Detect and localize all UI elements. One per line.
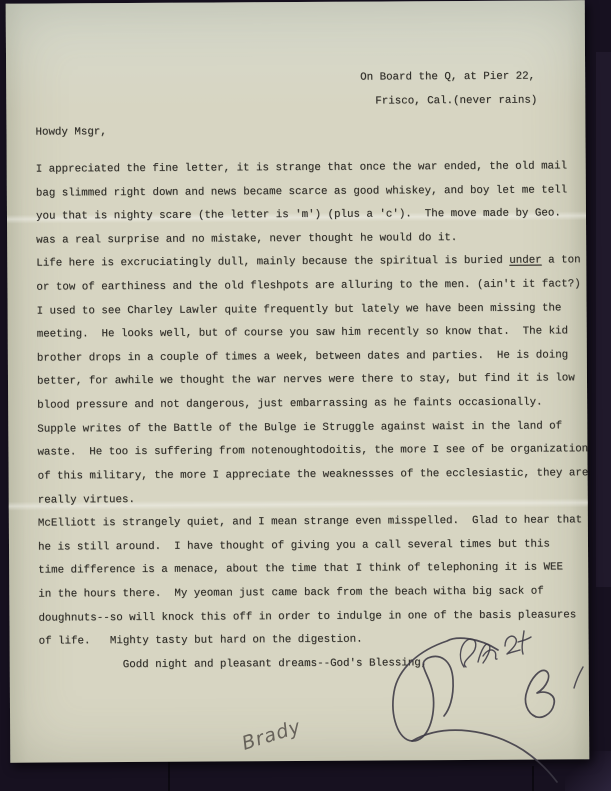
letter-heading-line-2: Frisco, Cal.(never rains)	[375, 95, 537, 108]
line-text: better, for awhile we thought the war ne…	[37, 373, 575, 388]
line-text: in the hours there. My yeoman just came …	[38, 585, 543, 600]
letter-line: I appreciated the fine letter, it is str…	[36, 155, 583, 182]
pencil-name-annotation: Brady	[239, 716, 304, 755]
letter-line: of this military, the more I appreciate …	[38, 462, 585, 489]
letter-line: bag slimmed right down and news became s…	[36, 179, 583, 206]
letter-line: really virtues.	[38, 486, 585, 513]
letter-salutation: Howdy Msgr,	[35, 126, 106, 138]
letter-line: he is still around. I have thought of gi…	[38, 533, 585, 560]
line-text: a ton	[542, 255, 581, 267]
line-text: meeting. He looks well, but of course yo…	[37, 326, 568, 341]
letter-line: waste. He too is suffering from notenoug…	[37, 439, 584, 466]
letter-line: Life here is excruciatingly dull, mainly…	[36, 250, 583, 277]
letter-line: better, for awhile we thought the war ne…	[37, 368, 584, 395]
letter-line: in the hours there. My yeoman just came …	[38, 580, 585, 607]
line-text: you that is nighty scare (the letter is …	[36, 208, 561, 223]
letter-line: time difference is a menace, about the t…	[38, 557, 585, 584]
line-text: McElliott is strangely quiet, and I mean…	[38, 514, 582, 529]
mat-seam	[532, 766, 534, 791]
line-text: blood pressure and not dangerous, just e…	[37, 397, 542, 412]
line-text: time difference is a menace, about the t…	[38, 562, 563, 577]
letter-line: was a real surprise and no mistake, neve…	[36, 226, 583, 253]
letter-body: I appreciated the fine letter, it is str…	[36, 155, 586, 678]
line-text: of life. Mighty tasty but hard on the di…	[39, 634, 363, 648]
letter-line: of life. Mighty tasty but hard on the di…	[39, 627, 586, 654]
underlined-word: under	[509, 255, 541, 267]
line-text: or tow of earthiness and the old fleshpo…	[36, 278, 580, 293]
line-text: bag slimmed right down and news became s…	[36, 184, 567, 199]
letter-line: or tow of earthiness and the old fleshpo…	[36, 273, 583, 300]
line-text: doughnuts--so will knock this off in ord…	[38, 609, 576, 624]
letter-line: Supple writes of the Battle of the Bulge…	[37, 415, 584, 442]
letter-line: McElliott is strangely quiet, and I mean…	[38, 509, 585, 536]
letter-line: brother drops in a couple of times a wee…	[37, 344, 584, 371]
letter-line: Godd night and pleasant dreams--God's Bl…	[39, 651, 586, 678]
line-text: waste. He too is suffering from notenoug…	[37, 444, 588, 459]
letter-line: doughnuts--so will knock this off in ord…	[38, 604, 585, 631]
mat-edge-right	[596, 52, 611, 587]
letter-heading-line-1: On Board the Q, at Pier 22,	[360, 71, 535, 84]
line-text: Supple writes of the Battle of the Bulge…	[37, 420, 562, 435]
letter-line: you that is nighty scare (the letter is …	[36, 202, 583, 229]
letter-line: I used to see Charley Lawler quite frequ…	[36, 297, 583, 324]
line-text: really virtues.	[38, 494, 135, 507]
line-text: he is still around. I have thought of gi…	[38, 538, 550, 553]
letter-page: On Board the Q, at Pier 22, Frisco, Cal.…	[6, 0, 590, 763]
letter-line: meeting. He looks well, but of course yo…	[37, 321, 584, 348]
line-text: was a real surprise and no mistake, neve…	[36, 232, 457, 247]
letter-line: blood pressure and not dangerous, just e…	[37, 391, 584, 418]
line-text: Life here is excruciatingly dull, mainly…	[36, 255, 509, 270]
line-text: I used to see Charley Lawler quite frequ…	[37, 302, 562, 317]
line-text: Godd night and pleasant dreams--God's Bl…	[123, 657, 428, 671]
mat-seam	[168, 758, 170, 791]
line-text: I appreciated the fine letter, it is str…	[36, 160, 567, 175]
line-text: brother drops in a couple of times a wee…	[37, 349, 568, 364]
line-text: of this military, the more I appreciate …	[38, 467, 589, 482]
